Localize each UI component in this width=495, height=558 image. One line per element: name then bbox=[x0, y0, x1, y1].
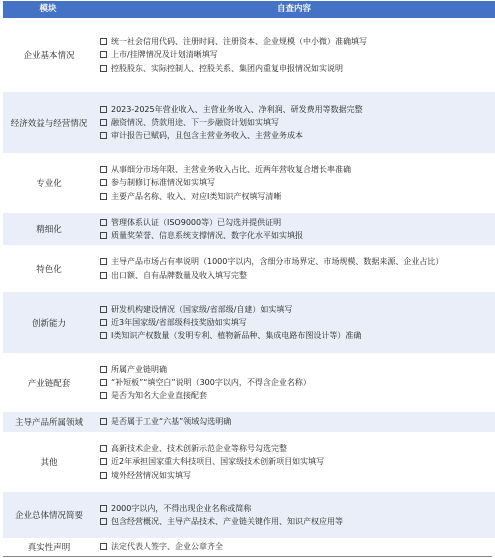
checklist-item: “补短板”“填空白”说明（300字以内，不得含企业名称） bbox=[100, 376, 495, 389]
checklist-items: 统一社会信用代码、注册时间、注册资本、企业规模（中小微）准确填写上市/挂牌情况及… bbox=[100, 18, 495, 92]
table-row: 创新能力研发机构建设情况（国家级/省部级/自建）如实填写近3年国家级/省部级科技… bbox=[3, 292, 495, 353]
checklist-item-text: 2000字以内，不得出现企业名称或简称 bbox=[111, 502, 251, 515]
checkbox-icon[interactable] bbox=[100, 258, 107, 265]
checklist-item: 是否为知名大企业直接配套 bbox=[100, 389, 495, 402]
checkbox-icon[interactable] bbox=[100, 219, 107, 226]
checklist-item-text: 审计报告已赋码，且包含主营业务收入、主营业务成本 bbox=[111, 129, 303, 142]
table-row: 主导产品所属领域是否属于工业“六基”领域勾选明确 bbox=[3, 412, 495, 432]
checklist-item-text: 控股股东、实际控制人、控股关系、集团内重复申报情况如实说明 bbox=[111, 62, 343, 75]
checklist-item: 所属产业链明确 bbox=[100, 363, 495, 376]
checkbox-icon[interactable] bbox=[100, 366, 107, 373]
checklist-item-text: 是否为知名大企业直接配套 bbox=[111, 389, 207, 402]
checkbox-icon[interactable] bbox=[100, 306, 107, 313]
table-bottom-border bbox=[3, 556, 492, 557]
module-name: 企业总体情况简要 bbox=[3, 492, 95, 538]
checkbox-icon[interactable] bbox=[100, 543, 107, 550]
checkbox-icon[interactable] bbox=[100, 179, 107, 186]
checklist-item-text: 2023-2025年营业收入、主营业务收入、净利润、研发费用等数据完整 bbox=[111, 103, 363, 116]
checklist-item: 审计报告已赋码，且包含主营业务收入、主营业务成本 bbox=[100, 129, 495, 142]
header-module: 模块 bbox=[3, 1, 93, 18]
checklist-items: 2000字以内，不得出现企业名称或简称包含经营概况、主导产品技术、产业链关键作用… bbox=[100, 492, 495, 538]
checkbox-icon[interactable] bbox=[100, 392, 107, 399]
checkbox-icon[interactable] bbox=[100, 505, 107, 512]
checklist-item: 法定代表人签字、企业公章齐全 bbox=[100, 540, 495, 553]
module-name: 产业链配套 bbox=[3, 353, 95, 412]
checkbox-icon[interactable] bbox=[100, 232, 107, 239]
checklist-item: 管理体系认证（ISO9000等）已勾选并提供证明 bbox=[100, 216, 495, 229]
checklist-item: 从事细分市场年限、主营业务收入占比、近两年营收复合增长率准确 bbox=[100, 163, 495, 176]
checkbox-icon[interactable] bbox=[100, 458, 107, 465]
checklist-item-text: 研发机构建设情况（国家级/省部级/自建）如实填写 bbox=[111, 303, 292, 316]
module-name: 其他 bbox=[3, 432, 95, 492]
checklist-items: 是否属于工业“六基”领域勾选明确 bbox=[100, 412, 495, 432]
checklist-item-text: 境外经营情况如实填写 bbox=[111, 469, 191, 482]
checklist-items: 所属产业链明确“补短板”“填空白”说明（300字以内，不得含企业名称）是否为知名… bbox=[100, 353, 495, 412]
checkbox-icon[interactable] bbox=[100, 193, 107, 200]
checklist-items: 高新技术企业、技术创新示范企业等称号勾选完整近2年承担国家重大科技项目、国家级技… bbox=[100, 432, 495, 492]
checklist-item-text: “补短板”“填空白”说明（300字以内，不得含企业名称） bbox=[111, 376, 311, 389]
checklist-item-text: I类知识产权数量（发明专利、植物新品种、集成电路布图设计等）准确 bbox=[111, 329, 361, 342]
module-name: 创新能力 bbox=[3, 292, 95, 353]
table-row: 特色化主导产品市场占有率说明（1000字以内，含细分市场界定、市场规模、数据来源… bbox=[3, 245, 495, 292]
checklist-item-text: 主导产品市场占有率说明（1000字以内，含细分市场界定、市场规模、数据来源、企业… bbox=[111, 255, 443, 268]
checklist-item: 统一社会信用代码、注册时间、注册资本、企业规模（中小微）准确填写 bbox=[100, 35, 495, 48]
table-row: 其他高新技术企业、技术创新示范企业等称号勾选完整近2年承担国家重大科技项目、国家… bbox=[3, 432, 495, 492]
table-row: 真实性声明法定代表人签字、企业公章齐全 bbox=[3, 538, 495, 556]
checkbox-icon[interactable] bbox=[100, 65, 107, 72]
checklist-item-text: 出口额、自有品牌数量及收入填写完整 bbox=[111, 269, 247, 282]
table-row: 产业链配套所属产业链明确“补短板”“填空白”说明（300字以内，不得含企业名称）… bbox=[3, 353, 495, 412]
checkbox-icon[interactable] bbox=[100, 38, 107, 45]
checklist-item-text: 质量奖荣誉、信息系统支撑情况、数字化水平如实填报 bbox=[111, 229, 303, 242]
checklist-item-text: 法定代表人签字、企业公章齐全 bbox=[111, 540, 223, 553]
checklist-items: 从事细分市场年限、主营业务收入占比、近两年营收复合增长率准确参与制修订标准情况如… bbox=[100, 153, 495, 213]
checkbox-icon[interactable] bbox=[100, 132, 107, 139]
checklist-item-text: 参与制修订标准情况如实填写 bbox=[111, 176, 215, 189]
checklist-item: 2000字以内，不得出现企业名称或简称 bbox=[100, 502, 495, 515]
checkbox-icon[interactable] bbox=[100, 119, 107, 126]
checklist-item: 2023-2025年营业收入、主营业务收入、净利润、研发费用等数据完整 bbox=[100, 103, 495, 116]
checklist-item: 主要产品名称、收入、对应I类知识产权填写清晰 bbox=[100, 190, 495, 203]
checklist-item-text: 上市/挂牌情况及计划清晰填写 bbox=[111, 48, 218, 61]
checklist-item: I类知识产权数量（发明专利、植物新品种、集成电路布图设计等）准确 bbox=[100, 329, 495, 342]
checklist-item: 上市/挂牌情况及计划清晰填写 bbox=[100, 48, 495, 61]
checklist-item-text: 是否属于工业“六基”领域勾选明确 bbox=[111, 415, 231, 428]
checkbox-icon[interactable] bbox=[100, 518, 107, 525]
checklist-item: 质量奖荣誉、信息系统支撑情况、数字化水平如实填报 bbox=[100, 229, 495, 242]
checklist-item-text: 从事细分市场年限、主营业务收入占比、近两年营收复合增长率准确 bbox=[111, 163, 351, 176]
checklist-item: 主导产品市场占有率说明（1000字以内，含细分市场界定、市场规模、数据来源、企业… bbox=[100, 255, 495, 268]
checklist-item: 融资情况、贷款用途、下一步融资计划如实填写 bbox=[100, 116, 495, 129]
module-name: 主导产品所属领域 bbox=[3, 412, 95, 432]
table-row: 经济效益与经营情况2023-2025年营业收入、主营业务收入、净利润、研发费用等… bbox=[3, 92, 495, 153]
checkbox-icon[interactable] bbox=[100, 379, 107, 386]
module-name: 真实性声明 bbox=[3, 538, 95, 556]
checklist-item-text: 统一社会信用代码、注册时间、注册资本、企业规模（中小微）准确填写 bbox=[111, 35, 367, 48]
checklist-items: 主导产品市场占有率说明（1000字以内，含细分市场界定、市场规模、数据来源、企业… bbox=[100, 245, 495, 292]
table-row: 精细化管理体系认证（ISO9000等）已勾选并提供证明质量奖荣誉、信息系统支撑情… bbox=[3, 213, 495, 245]
checklist-item-text: 包含经营概况、主导产品技术、产业链关键作用、知识产权应用等 bbox=[111, 515, 343, 528]
table-row: 专业化从事细分市场年限、主营业务收入占比、近两年营收复合增长率准确参与制修订标准… bbox=[3, 153, 495, 213]
checkbox-icon[interactable] bbox=[100, 272, 107, 279]
checklist-item: 参与制修订标准情况如实填写 bbox=[100, 176, 495, 189]
module-name: 精细化 bbox=[3, 213, 95, 245]
checklist-item: 研发机构建设情况（国家级/省部级/自建）如实填写 bbox=[100, 303, 495, 316]
checklist-item: 高新技术企业、技术创新示范企业等称号勾选完整 bbox=[100, 442, 495, 455]
checklist-item-text: 近3年国家级/省部级科技奖励如实填写 bbox=[111, 316, 247, 329]
table-header: 模块 自查内容 bbox=[3, 1, 495, 18]
module-name: 专业化 bbox=[3, 153, 95, 213]
checklist-items: 管理体系认证（ISO9000等）已勾选并提供证明质量奖荣誉、信息系统支撑情况、数… bbox=[100, 213, 495, 245]
checkbox-icon[interactable] bbox=[100, 472, 107, 479]
checklist-item: 是否属于工业“六基”领域勾选明确 bbox=[100, 415, 495, 428]
checkbox-icon[interactable] bbox=[100, 106, 107, 113]
table-row: 企业总体情况简要2000字以内，不得出现企业名称或简称包含经营概况、主导产品技术… bbox=[3, 492, 495, 538]
checklist-item: 控股股东、实际控制人、控股关系、集团内重复申报情况如实说明 bbox=[100, 62, 495, 75]
checklist-item: 境外经营情况如实填写 bbox=[100, 469, 495, 482]
checkbox-icon[interactable] bbox=[100, 166, 107, 173]
checklist-item-text: 融资情况、贷款用途、下一步融资计划如实填写 bbox=[111, 116, 279, 129]
checkbox-icon[interactable] bbox=[100, 51, 107, 58]
checklist-item-text: 高新技术企业、技术创新示范企业等称号勾选完整 bbox=[111, 442, 287, 455]
checklist-items: 研发机构建设情况（国家级/省部级/自建）如实填写近3年国家级/省部级科技奖励如实… bbox=[100, 292, 495, 353]
header-content: 自查内容 bbox=[93, 1, 495, 18]
checklist-item: 包含经营概况、主导产品技术、产业链关键作用、知识产权应用等 bbox=[100, 515, 495, 528]
checkbox-icon[interactable] bbox=[100, 332, 107, 339]
module-name: 经济效益与经营情况 bbox=[3, 92, 95, 153]
checklist-item-text: 近2年承担国家重大科技项目、国家级技术创新项目如实填写 bbox=[111, 455, 324, 468]
table-row: 企业基本情况统一社会信用代码、注册时间、注册资本、企业规模（中小微）准确填写上市… bbox=[3, 18, 495, 92]
checklist-items: 2023-2025年营业收入、主营业务收入、净利润、研发费用等数据完整融资情况、… bbox=[100, 92, 495, 153]
checkbox-icon[interactable] bbox=[100, 445, 107, 452]
checkbox-icon[interactable] bbox=[100, 418, 107, 425]
checklist-item: 近3年国家级/省部级科技奖励如实填写 bbox=[100, 316, 495, 329]
checkbox-icon[interactable] bbox=[100, 319, 107, 326]
module-name: 特色化 bbox=[3, 245, 95, 292]
module-name: 企业基本情况 bbox=[3, 18, 95, 92]
checklist-item-text: 所属产业链明确 bbox=[111, 363, 167, 376]
checklist-item: 近2年承担国家重大科技项目、国家级技术创新项目如实填写 bbox=[100, 455, 495, 468]
checklist-item-text: 管理体系认证（ISO9000等）已勾选并提供证明 bbox=[111, 216, 281, 229]
checklist-items: 法定代表人签字、企业公章齐全 bbox=[100, 538, 495, 556]
checklist-item: 出口额、自有品牌数量及收入填写完整 bbox=[100, 269, 495, 282]
checklist-item-text: 主要产品名称、收入、对应I类知识产权填写清晰 bbox=[111, 190, 281, 203]
